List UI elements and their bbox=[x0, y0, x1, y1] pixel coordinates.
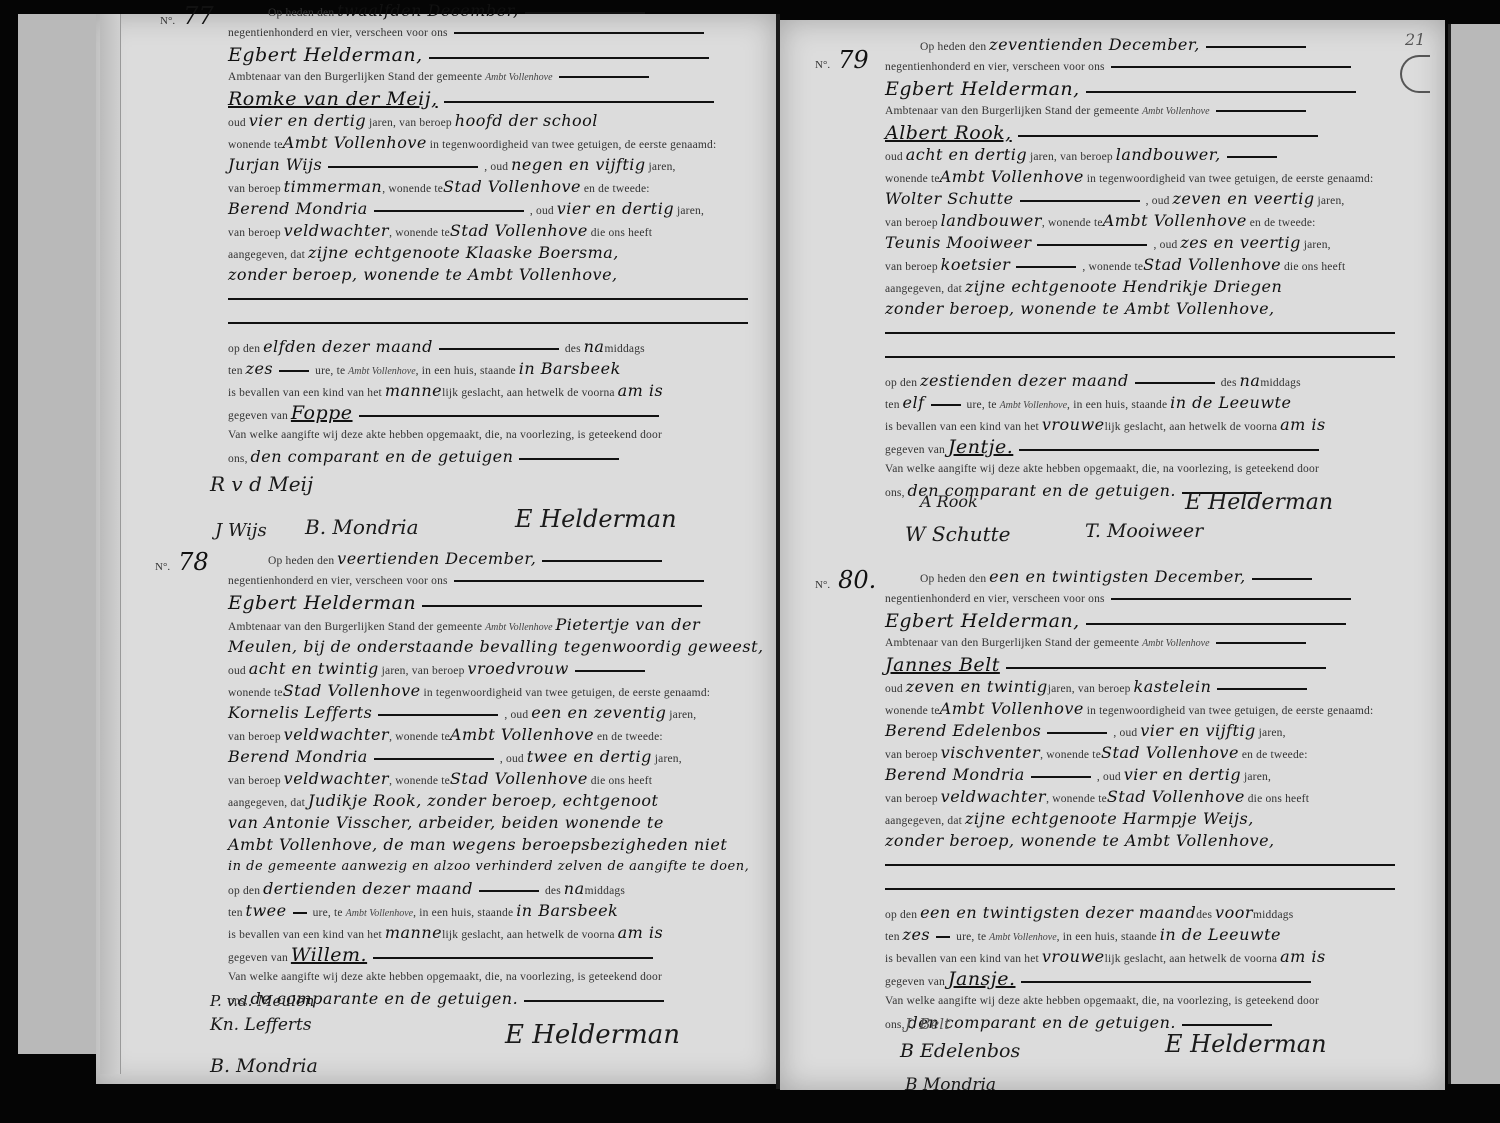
signature: J Wijs bbox=[215, 520, 267, 541]
act-date: twaalfden December, bbox=[337, 1, 518, 20]
official-signature: E Helderman bbox=[1185, 490, 1333, 515]
left-page-stub bbox=[18, 14, 99, 1054]
official-signature: E Helderman bbox=[515, 505, 677, 533]
signature: B Edelenbos bbox=[900, 1040, 1020, 1062]
left-binding-edge bbox=[100, 14, 121, 1074]
signature: T. Mooiweer bbox=[1085, 520, 1203, 542]
witness2-name: Berend Mondria bbox=[228, 199, 368, 218]
act-78: Op heden den veertienden December, negen… bbox=[228, 548, 748, 1010]
official-signature: E Helderman bbox=[505, 1020, 680, 1050]
scanned-register-spread: 21 N°.77 Op heden den twaalfden December… bbox=[0, 0, 1500, 1123]
margin-pencil-mark bbox=[1400, 55, 1430, 93]
signature: Kn. Lefferts bbox=[210, 1015, 312, 1035]
signature: A Rook bbox=[920, 492, 978, 511]
act-number: N°.80. bbox=[815, 566, 876, 594]
act-77: Op heden den twaalfden December, negenti… bbox=[228, 0, 748, 468]
signature: B. Mondria bbox=[305, 515, 419, 539]
act-80: Op heden den een en twintigsten December… bbox=[885, 566, 1395, 1034]
declarant-name: Romke van der Meij, bbox=[228, 88, 438, 110]
signature: B. Mondria bbox=[210, 1055, 318, 1077]
act-79: Op heden den zeventienden December, nege… bbox=[885, 34, 1395, 502]
act-number: N°.79 bbox=[815, 46, 869, 74]
signature: J. Belt bbox=[905, 1015, 950, 1033]
child-name: Foppe bbox=[291, 402, 353, 424]
signature: P. v.d. Meulen bbox=[210, 992, 314, 1010]
signature: R v d Meij bbox=[210, 472, 313, 496]
child-name: Willem. bbox=[291, 944, 367, 966]
page-number: 21 bbox=[1405, 30, 1425, 49]
act-number: N°.78 bbox=[155, 548, 209, 576]
witness1-name: Jurjan Wijs bbox=[228, 155, 322, 174]
signature: W Schutte bbox=[905, 522, 1011, 546]
right-page-stub bbox=[1448, 24, 1500, 1084]
signature: B Mondria bbox=[905, 1075, 996, 1095]
official-name: Egbert Helderman, bbox=[228, 44, 423, 66]
act-number: N°.77 bbox=[160, 2, 214, 30]
child-name: Jentje. bbox=[948, 436, 1013, 458]
official-signature: E Helderman bbox=[1165, 1030, 1327, 1058]
child-name: Jansje. bbox=[948, 968, 1016, 990]
